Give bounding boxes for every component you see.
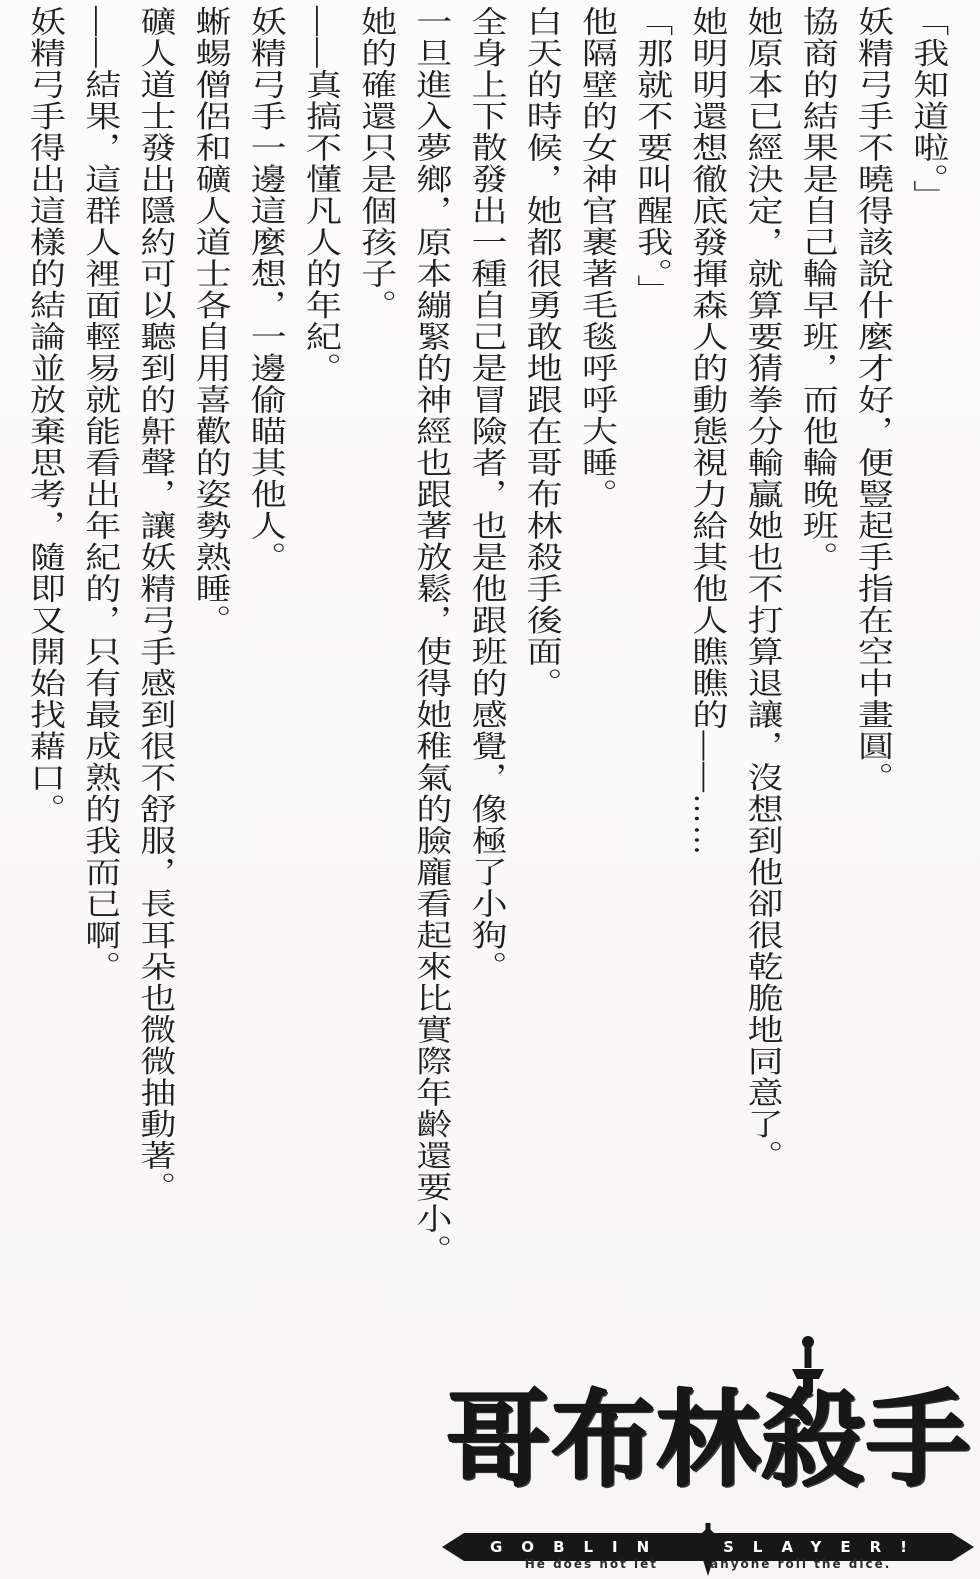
- novel-line: 白天的時候，她都很勇敢地跟在哥布林殺手後面。: [512, 6, 567, 1346]
- novel-line: 妖精弓手不曉得該說什麼才好，便豎起手指在空中畫圓。: [844, 6, 899, 1346]
- novel-page: 「我知道啦。」 妖精弓手不曉得該說什麼才好，便豎起手指在空中畫圓。 協商的結果是…: [0, 0, 980, 1579]
- novel-line: ——結果，這群人裡面輕易就能看出年紀的，只有最成熟的我而已啊。: [71, 6, 126, 1346]
- novel-line: ——真搞不懂凡人的年紀。: [292, 6, 347, 1346]
- novel-line: 她原本已經決定，就算要猜拳分輸贏她也不打算退讓，沒想到他卻很乾脆地同意了。: [733, 6, 788, 1346]
- novel-line: 「我知道啦。」: [899, 6, 954, 1346]
- logo-title: 哥布林殺手: [446, 1387, 978, 1496]
- novel-line: 「那就不要叫醒我。」: [623, 6, 678, 1346]
- logo-banner-right-text: SLAYER!: [723, 1538, 926, 1556]
- logo-banner-left-text: GOBLIN: [490, 1538, 668, 1556]
- logo-tagline-right-text: anyone roll the dice.: [710, 1557, 891, 1571]
- novel-line: 她的確還只是個孩子。: [347, 6, 402, 1346]
- logo-tagline-left-text: He does not let: [525, 1557, 658, 1571]
- logo-tagline: He does not let anyone roll the dice.: [438, 1555, 978, 1573]
- novel-line: 蜥蜴僧侶和礦人道士各自用喜歡的姿勢熟睡。: [181, 6, 236, 1346]
- novel-line: 他隔壁的女神官裹著毛毯呼呼大睡。: [568, 6, 623, 1346]
- novel-line: 礦人道士發出隱約可以聽到的鼾聲，讓妖精弓手感到很不舒服，長耳朵也微微抽動著。: [126, 6, 181, 1346]
- vertical-text-block: 「我知道啦。」 妖精弓手不曉得該說什麼才好，便豎起手指在空中畫圓。 協商的結果是…: [16, 6, 954, 1346]
- novel-line: 全身上下散發出一種自己是冒險者，也是他跟班的感覺，像極了小狗。: [457, 6, 512, 1346]
- novel-line: 協商的結果是自己輪早班，而他輪晚班。: [788, 6, 843, 1346]
- novel-line: 她明明還想徹底發揮森人的動態視力給其他人瞧瞧的——……: [678, 6, 733, 1346]
- novel-line: 妖精弓手得出這樣的結論並放棄思考，隨即又開始找藉口。: [16, 6, 71, 1346]
- goblin-slayer-logo: 哥布林殺手 GOBLIN SLAYER! He does not let any…: [438, 1325, 978, 1575]
- novel-line: 妖精弓手一邊這麼想，一邊偷瞄其他人。: [236, 6, 291, 1346]
- novel-line: 一旦進入夢鄉，原本繃緊的神經也跟著放鬆，使得她稚氣的臉龐看起來比實際年齡還要小。: [402, 6, 457, 1346]
